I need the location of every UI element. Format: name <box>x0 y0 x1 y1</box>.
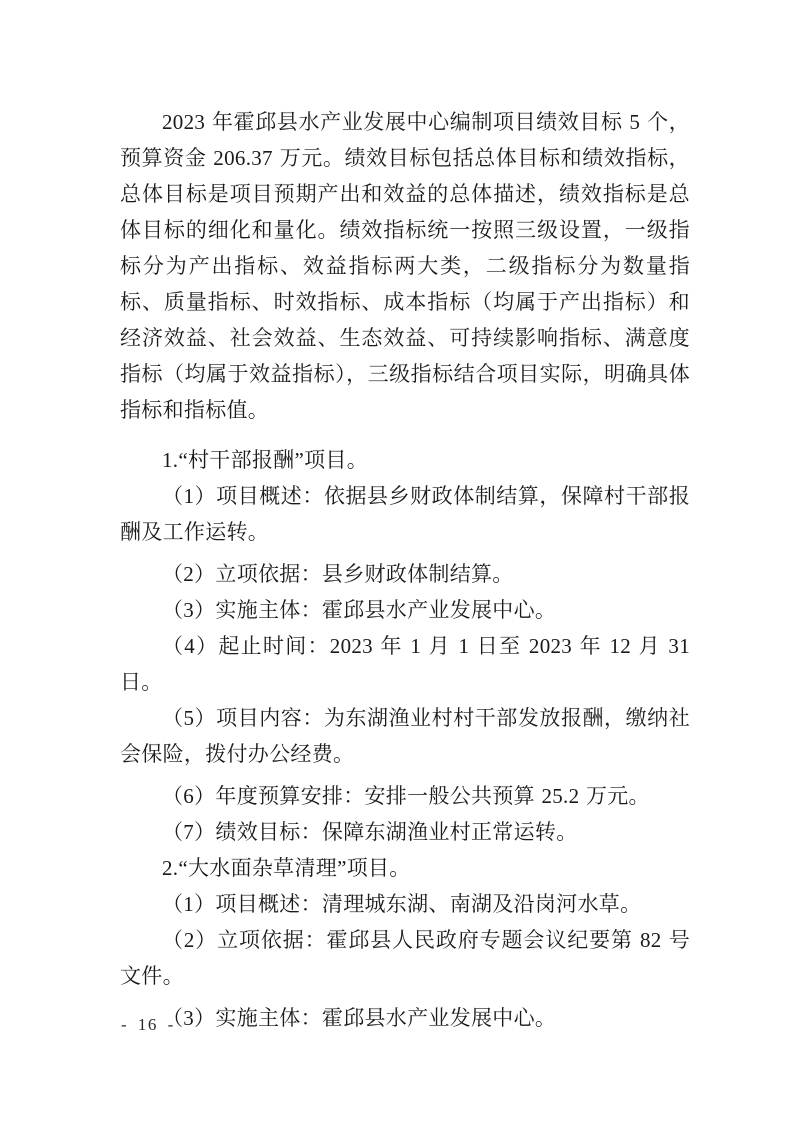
document-page: 2023 年霍邱县水产业发展中心编制项目绩效目标 5 个，预算资金 206.37… <box>0 0 793 1122</box>
project-1-performance-target: （7）绩效目标：保障东湖渔业村正常运转。 <box>120 814 690 850</box>
document-body: 2023 年霍邱县水产业发展中心编制项目绩效目标 5 个，预算资金 206.37… <box>120 104 690 1036</box>
project-1-duration: （4）起止时间：2023 年 1 月 1 日至 2023 年 12 月 31 日… <box>120 628 690 700</box>
project-2-overview: （1）项目概述：清理城东湖、南湖及沿岗河水草。 <box>120 886 690 922</box>
project-2-implementer: （3）实施主体：霍邱县水产业发展中心。 <box>120 1000 690 1036</box>
project-1-content: （5）项目内容：为东湖渔业村村干部发放报酬，缴纳社会保险，拨付办公经费。 <box>120 700 690 772</box>
project-1-overview: （1）项目概述：依据县乡财政体制结算，保障村干部报酬及工作运转。 <box>120 478 690 550</box>
project-1-heading: 1.“村干部报酬”项目。 <box>120 442 690 478</box>
project-2-heading: 2.“大水面杂草清理”项目。 <box>120 850 690 886</box>
intro-paragraph: 2023 年霍邱县水产业发展中心编制项目绩效目标 5 个，预算资金 206.37… <box>120 104 690 428</box>
project-1-budget: （6）年度预算安排：安排一般公共预算 25.2 万元。 <box>120 778 690 814</box>
project-1-implementer: （3）实施主体：霍邱县水产业发展中心。 <box>120 592 690 628</box>
project-2-basis: （2）立项依据：霍邱县人民政府专题会议纪要第 82 号文件。 <box>120 922 690 994</box>
page-number: - 16 - <box>121 1014 175 1036</box>
project-1-basis: （2）立项依据：县乡财政体制结算。 <box>120 556 690 592</box>
